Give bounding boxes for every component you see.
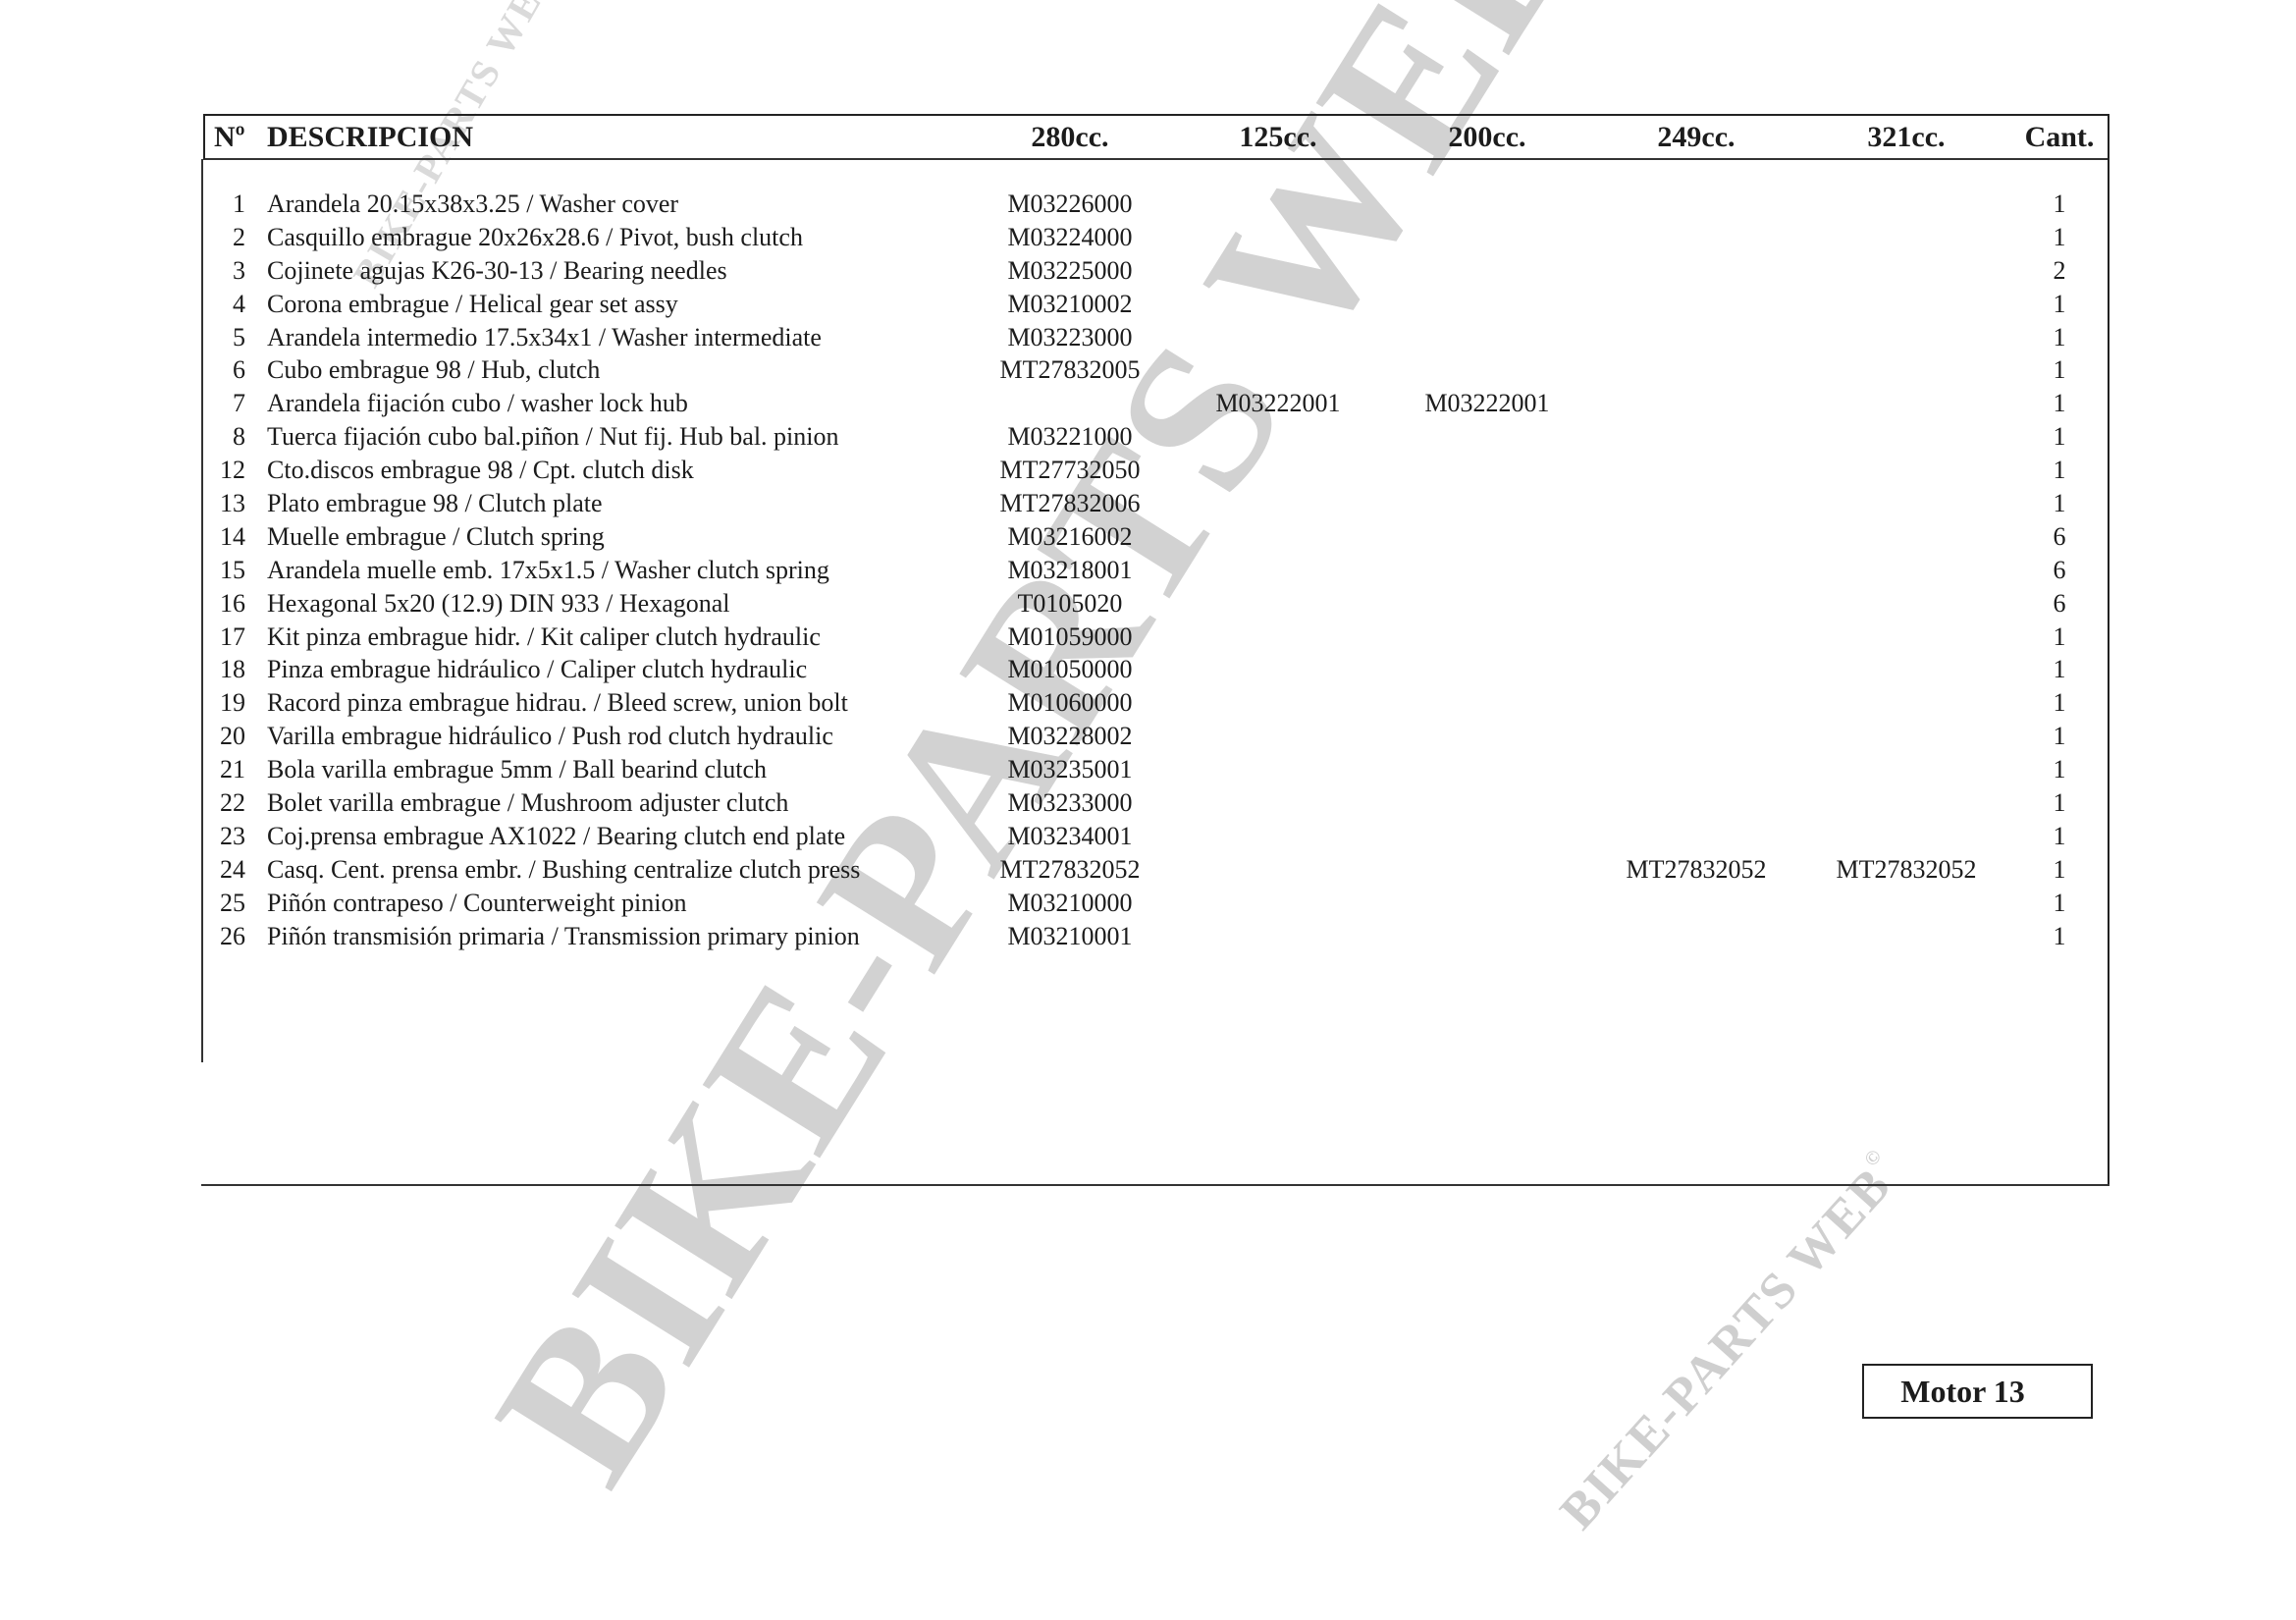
item-number: 26 bbox=[220, 920, 245, 953]
item-quantity: 6 bbox=[2054, 554, 2066, 587]
item-number: 6 bbox=[233, 353, 245, 387]
part-code-280cc: M01050000 bbox=[1007, 653, 1132, 686]
item-description: Tuerca fijación cubo bal.piñon / Nut fij… bbox=[267, 420, 839, 454]
item-number: 18 bbox=[220, 653, 245, 686]
item-number: 4 bbox=[233, 288, 245, 321]
item-number: 12 bbox=[220, 454, 245, 487]
item-number: 16 bbox=[220, 587, 245, 621]
watermark-small: BIKE-PARTS WEB© bbox=[1549, 1144, 1914, 1540]
part-code-280cc: M01059000 bbox=[1007, 621, 1132, 654]
part-code-280cc: M03233000 bbox=[1007, 786, 1132, 820]
item-quantity: 1 bbox=[2054, 720, 2066, 753]
item-description: Corona embrague / Helical gear set assy bbox=[267, 288, 678, 321]
table-top-border bbox=[203, 114, 2109, 116]
table-row: 16Hexagonal 5x20 (12.9) DIN 933 / Hexago… bbox=[0, 587, 2296, 621]
table-row: 21Bola varilla embrague 5mm / Ball beari… bbox=[0, 753, 2296, 786]
item-number: 21 bbox=[220, 753, 245, 786]
item-number: 14 bbox=[220, 520, 245, 554]
item-number: 5 bbox=[233, 321, 245, 354]
header-number: Nº bbox=[214, 118, 245, 157]
part-code-321cc: MT27832052 bbox=[1837, 853, 1977, 887]
part-code-280cc: M03210001 bbox=[1007, 920, 1132, 953]
page-label-box: Motor 13 bbox=[1862, 1364, 2093, 1419]
part-code-125cc: M03222001 bbox=[1215, 387, 1340, 420]
item-quantity: 1 bbox=[2054, 887, 2066, 920]
part-code-280cc: M03228002 bbox=[1007, 720, 1132, 753]
item-description: Arandela fijación cubo / washer lock hub bbox=[267, 387, 688, 420]
part-code-280cc: M03218001 bbox=[1007, 554, 1132, 587]
part-code-280cc: T0105020 bbox=[1018, 587, 1123, 621]
table-row: 13Plato embrague 98 / Clutch plateMT2783… bbox=[0, 487, 2296, 520]
item-number: 25 bbox=[220, 887, 245, 920]
item-description: Bolet varilla embrague / Mushroom adjust… bbox=[267, 786, 788, 820]
table-row: 6Cubo embrague 98 / Hub, clutchMT2783200… bbox=[0, 353, 2296, 387]
table-row: 19Racord pinza embrague hidrau. / Bleed … bbox=[0, 686, 2296, 720]
table-row: 22Bolet varilla embrague / Mushroom adju… bbox=[0, 786, 2296, 820]
item-number: 2 bbox=[233, 221, 245, 254]
item-number: 7 bbox=[233, 387, 245, 420]
part-code-280cc: MT27832006 bbox=[1000, 487, 1141, 520]
part-code-280cc: M03224000 bbox=[1007, 221, 1132, 254]
part-code-280cc: M03225000 bbox=[1007, 254, 1132, 288]
item-description: Arandela muelle emb. 17x5x1.5 / Washer c… bbox=[267, 554, 829, 587]
item-quantity: 1 bbox=[2054, 288, 2066, 321]
item-number: 1 bbox=[233, 188, 245, 221]
item-description: Piñón contrapeso / Counterweight pinion bbox=[267, 887, 687, 920]
part-code-280cc: M03223000 bbox=[1007, 321, 1132, 354]
item-description: Muelle embrague / Clutch spring bbox=[267, 520, 605, 554]
item-quantity: 1 bbox=[2054, 454, 2066, 487]
item-number: 24 bbox=[220, 853, 245, 887]
item-quantity: 1 bbox=[2054, 188, 2066, 221]
table-row: 23Coj.prensa embrague AX1022 / Bearing c… bbox=[0, 820, 2296, 853]
item-number: 15 bbox=[220, 554, 245, 587]
table-row: 1Arandela 20.15x38x3.25 / Washer coverM0… bbox=[0, 188, 2296, 221]
table-row: 7Arandela fijación cubo / washer lock hu… bbox=[0, 387, 2296, 420]
part-code-280cc: M03210002 bbox=[1007, 288, 1132, 321]
item-quantity: 1 bbox=[2054, 420, 2066, 454]
part-code-280cc: M03210000 bbox=[1007, 887, 1132, 920]
item-description: Casq. Cent. prensa embr. / Bushing centr… bbox=[267, 853, 860, 887]
item-description: Kit pinza embrague hidr. / Kit caliper c… bbox=[267, 621, 821, 654]
page-label: Motor 13 bbox=[1900, 1374, 2024, 1410]
table-row: 20Varilla embrague hidráulico / Push rod… bbox=[0, 720, 2296, 753]
item-quantity: 1 bbox=[2054, 321, 2066, 354]
item-number: 8 bbox=[233, 420, 245, 454]
table-row: 5Arandela intermedio 17.5x34x1 / Washer … bbox=[0, 321, 2296, 354]
part-code-280cc: M03234001 bbox=[1007, 820, 1132, 853]
item-description: Coj.prensa embrague AX1022 / Bearing clu… bbox=[267, 820, 845, 853]
item-quantity: 1 bbox=[2054, 853, 2066, 887]
item-quantity: 1 bbox=[2054, 221, 2066, 254]
part-code-280cc: MT27832005 bbox=[1000, 353, 1141, 387]
table-row: 26Piñón transmisión primaria / Transmiss… bbox=[0, 920, 2296, 953]
header-280cc: 280cc. bbox=[1031, 118, 1108, 157]
part-code-280cc: MT27732050 bbox=[1000, 454, 1141, 487]
item-description: Bola varilla embrague 5mm / Ball bearind… bbox=[267, 753, 767, 786]
item-quantity: 1 bbox=[2054, 686, 2066, 720]
table-bottom-border bbox=[201, 1184, 2109, 1186]
item-number: 22 bbox=[220, 786, 245, 820]
item-quantity: 1 bbox=[2054, 653, 2066, 686]
table-row: 15Arandela muelle emb. 17x5x1.5 / Washer… bbox=[0, 554, 2296, 587]
item-description: Arandela intermedio 17.5x34x1 / Washer i… bbox=[267, 321, 822, 354]
part-code-280cc: M03216002 bbox=[1007, 520, 1132, 554]
item-quantity: 1 bbox=[2054, 786, 2066, 820]
part-code-280cc: M03226000 bbox=[1007, 188, 1132, 221]
item-description: Arandela 20.15x38x3.25 / Washer cover bbox=[267, 188, 678, 221]
table-row: 12Cto.discos embrague 98 / Cpt. clutch d… bbox=[0, 454, 2296, 487]
header-divider bbox=[203, 158, 2109, 160]
item-description: Piñón transmisión primaria / Transmissio… bbox=[267, 920, 860, 953]
part-code-280cc: MT27832052 bbox=[1000, 853, 1141, 887]
item-quantity: 6 bbox=[2054, 587, 2066, 621]
table-row: 14Muelle embrague / Clutch springM032160… bbox=[0, 520, 2296, 554]
header-200cc: 200cc. bbox=[1448, 118, 1525, 157]
part-code-200cc: M03222001 bbox=[1424, 387, 1549, 420]
item-description: Plato embrague 98 / Clutch plate bbox=[267, 487, 603, 520]
table-row: 3Cojinete agujas K26-30-13 / Bearing nee… bbox=[0, 254, 2296, 288]
item-description: Cto.discos embrague 98 / Cpt. clutch dis… bbox=[267, 454, 694, 487]
table-row: 18Pinza embrague hidráulico / Caliper cl… bbox=[0, 653, 2296, 686]
table-row: 17Kit pinza embrague hidr. / Kit caliper… bbox=[0, 621, 2296, 654]
item-quantity: 1 bbox=[2054, 487, 2066, 520]
header-249cc: 249cc. bbox=[1657, 118, 1735, 157]
item-description: Hexagonal 5x20 (12.9) DIN 933 / Hexagona… bbox=[267, 587, 730, 621]
item-description: Cojinete agujas K26-30-13 / Bearing need… bbox=[267, 254, 727, 288]
table-row: 24Casq. Cent. prensa embr. / Bushing cen… bbox=[0, 853, 2296, 887]
header-description: DESCRIPCION bbox=[267, 118, 473, 157]
table-row: 4Corona embrague / Helical gear set assy… bbox=[0, 288, 2296, 321]
item-quantity: 1 bbox=[2054, 353, 2066, 387]
item-description: Pinza embrague hidráulico / Caliper clut… bbox=[267, 653, 807, 686]
item-quantity: 1 bbox=[2054, 621, 2066, 654]
header-quantity: Cant. bbox=[2025, 118, 2095, 157]
table-row: 25Piñón contrapeso / Counterweight pinio… bbox=[0, 887, 2296, 920]
table-header: Nº DESCRIPCION 280cc. 125cc. 200cc. 249c… bbox=[0, 118, 2296, 157]
item-quantity: 1 bbox=[2054, 820, 2066, 853]
item-quantity: 6 bbox=[2054, 520, 2066, 554]
part-code-280cc: M03221000 bbox=[1007, 420, 1132, 454]
item-number: 23 bbox=[220, 820, 245, 853]
item-number: 3 bbox=[233, 254, 245, 288]
part-code-280cc: M01060000 bbox=[1007, 686, 1132, 720]
header-125cc: 125cc. bbox=[1239, 118, 1316, 157]
item-quantity: 1 bbox=[2054, 387, 2066, 420]
item-number: 17 bbox=[220, 621, 245, 654]
item-quantity: 2 bbox=[2054, 254, 2066, 288]
item-number: 13 bbox=[220, 487, 245, 520]
item-description: Varilla embrague hidráulico / Push rod c… bbox=[267, 720, 833, 753]
parts-list: 1Arandela 20.15x38x3.25 / Washer coverM0… bbox=[0, 188, 2296, 952]
part-code-249cc: MT27832052 bbox=[1627, 853, 1767, 887]
table-row: 2Casquillo embrague 20x26x28.6 / Pivot, … bbox=[0, 221, 2296, 254]
item-quantity: 1 bbox=[2054, 920, 2066, 953]
item-quantity: 1 bbox=[2054, 753, 2066, 786]
item-description: Racord pinza embrague hidrau. / Bleed sc… bbox=[267, 686, 848, 720]
item-number: 20 bbox=[220, 720, 245, 753]
item-number: 19 bbox=[220, 686, 245, 720]
header-321cc: 321cc. bbox=[1867, 118, 1945, 157]
table-row: 8Tuerca fijación cubo bal.piñon / Nut fi… bbox=[0, 420, 2296, 454]
part-code-280cc: M03235001 bbox=[1007, 753, 1132, 786]
item-description: Casquillo embrague 20x26x28.6 / Pivot, b… bbox=[267, 221, 803, 254]
item-description: Cubo embrague 98 / Hub, clutch bbox=[267, 353, 600, 387]
